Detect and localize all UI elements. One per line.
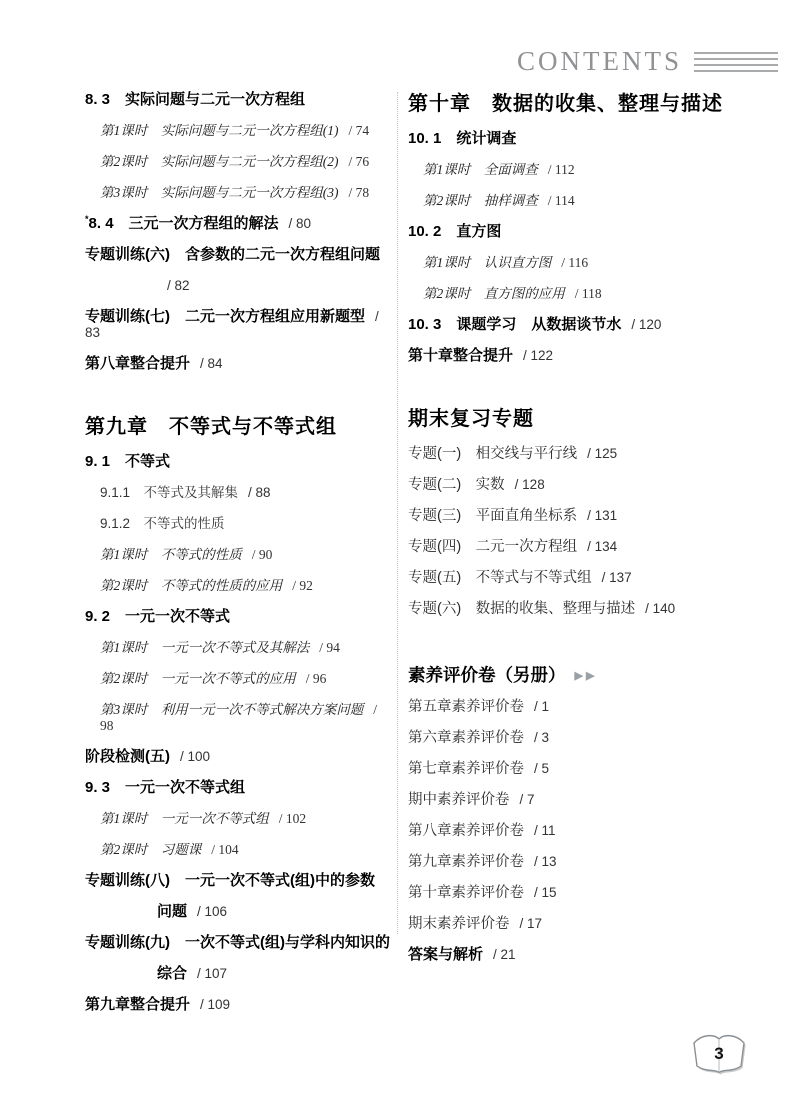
entry-page-number: / 96 bbox=[306, 671, 327, 686]
toc-entry: 专题(六) 数据的收集、整理与描述/ 140 bbox=[408, 601, 760, 617]
entry-text: 第2课时 直方图的应用 bbox=[423, 286, 565, 301]
toc-entry: 第2课时 习题课/ 104 bbox=[85, 842, 390, 858]
entry-page-number: / 15 bbox=[534, 885, 557, 900]
entry-page-number: / 134 bbox=[587, 539, 617, 554]
entry-page-number: / 80 bbox=[289, 216, 312, 231]
toc-entry: 专题(一) 相交线与平行线/ 125 bbox=[408, 446, 760, 462]
entry-page-number: / 1 bbox=[534, 699, 549, 714]
toc-entry: 10. 1 统计调查 bbox=[408, 131, 760, 147]
entry-page-number: / 7 bbox=[520, 792, 535, 807]
toc-entry: 9. 2 一元一次不等式 bbox=[85, 609, 390, 625]
entry-page-number: / 3 bbox=[534, 730, 549, 745]
entry-page-number: / 17 bbox=[520, 916, 543, 931]
entry-text: 第九章 不等式与不等式组 bbox=[85, 416, 337, 438]
entry-text: 专题训练(七) 二元一次方程组应用新题型 bbox=[85, 308, 365, 325]
toc-entry: 10. 2 直方图 bbox=[408, 224, 760, 240]
page-number: 3 bbox=[714, 1044, 723, 1063]
toc-entry: 第2课时 抽样调查/ 114 bbox=[408, 193, 760, 209]
toc-column-left: 8. 3 实际问题与二元一次方程组第1课时 实际问题与二元一次方程组(1)/ 7… bbox=[85, 92, 390, 1013]
toc-chapter-heading: 第十章 数据的收集、整理与描述 bbox=[408, 92, 760, 116]
entry-text: 9. 1 不等式 bbox=[85, 453, 170, 470]
entry-page-number: / 125 bbox=[587, 446, 617, 461]
entry-text: 10. 2 直方图 bbox=[408, 223, 501, 240]
entry-page-number: / 120 bbox=[631, 317, 661, 332]
toc-entry: 期中素养评价卷/ 7 bbox=[408, 792, 760, 808]
entry-page-number: / 118 bbox=[575, 286, 602, 301]
entry-text: 8. 3 实际问题与二元一次方程组 bbox=[85, 91, 305, 108]
toc-entry: 第1课时 一元一次不等式及其解法/ 94 bbox=[85, 640, 390, 656]
toc-entry: 第七章素养评价卷/ 5 bbox=[408, 761, 760, 777]
toc-chapter-heading: 期末复习专题 bbox=[408, 407, 760, 431]
entry-text: 10. 3 课题学习 从数据谈节水 bbox=[408, 316, 621, 333]
entry-page-number: / 76 bbox=[349, 154, 370, 169]
entry-page-number: / 131 bbox=[587, 508, 617, 523]
toc-entry: 第1课时 一元一次不等式组/ 102 bbox=[85, 811, 390, 827]
toc-entry: 阶段检测(五)/ 100 bbox=[85, 749, 390, 765]
entry-text: 专题(五) 不等式与不等式组 bbox=[408, 570, 592, 586]
entry-page-number: / 94 bbox=[319, 640, 340, 655]
entry-text: 第1课时 一元一次不等式组 bbox=[100, 811, 269, 826]
entry-text: 阶段检测(五) bbox=[85, 748, 170, 765]
entry-page-number: / 90 bbox=[252, 547, 273, 562]
entry-page-number: / 78 bbox=[349, 185, 370, 200]
toc-entry: 答案与解析/ 21 bbox=[408, 947, 760, 963]
toc-entry: / 82 bbox=[85, 278, 390, 294]
toc-page: CONTENTS 8. 3 实际问题与二元一次方程组第1课时 实际问题与二元一次… bbox=[0, 0, 790, 1101]
entry-page-number: / 116 bbox=[561, 255, 588, 270]
entry-text: 第2课时 不等式的性质的应用 bbox=[100, 578, 282, 593]
toc-entry: 8. 3 实际问题与二元一次方程组 bbox=[85, 92, 390, 108]
entry-text: 第六章素养评价卷 bbox=[408, 730, 524, 746]
toc-entry: 专题(三) 平面直角坐标系/ 131 bbox=[408, 508, 760, 524]
toc-entry: 专题训练(六) 含参数的二元一次方程组问题 bbox=[85, 247, 390, 263]
entry-text: 第3课时 实际问题与二元一次方程组(3) bbox=[100, 185, 339, 200]
toc-entry: 9.1.2 不等式的性质 bbox=[85, 516, 390, 532]
toc-entry: *8. 4 三元一次方程组的解法/ 80 bbox=[85, 216, 390, 232]
entry-text: 第十章整合提升 bbox=[408, 347, 513, 364]
toc-columns: 8. 3 实际问题与二元一次方程组第1课时 实际问题与二元一次方程组(1)/ 7… bbox=[85, 92, 760, 1013]
entry-text: 素养评价卷（另册） bbox=[408, 665, 566, 685]
entry-text: 专题训练(六) 含参数的二元一次方程组问题 bbox=[85, 246, 380, 263]
horizontal-lines-icon bbox=[694, 50, 778, 74]
toc-entry: 9. 3 一元一次不等式组 bbox=[85, 780, 390, 796]
entry-text: 问题 bbox=[157, 903, 187, 920]
toc-entry: 专题训练(七) 二元一次方程组应用新题型/ 83 bbox=[85, 309, 390, 341]
toc-entry: 第1课时 实际问题与二元一次方程组(1)/ 74 bbox=[85, 123, 390, 139]
entry-page-number: / 122 bbox=[523, 348, 553, 363]
toc-entry: 第九章整合提升/ 109 bbox=[85, 997, 390, 1013]
toc-entry: 第六章素养评价卷/ 3 bbox=[408, 730, 760, 746]
toc-section-heading: 素养评价卷（另册）▶▶ bbox=[408, 667, 760, 684]
entry-text: 第2课时 一元一次不等式的应用 bbox=[100, 671, 296, 686]
toc-entry: 第十章整合提升/ 122 bbox=[408, 348, 760, 364]
entry-text: 期末素养评价卷 bbox=[408, 916, 510, 932]
entry-page-number: / 128 bbox=[515, 477, 545, 492]
toc-entry: 第3课时 实际问题与二元一次方程组(3)/ 78 bbox=[85, 185, 390, 201]
entry-text: 第九章素养评价卷 bbox=[408, 854, 524, 870]
page-footer: 3 bbox=[688, 1028, 750, 1078]
toc-entry: 第八章素养评价卷/ 11 bbox=[408, 823, 760, 839]
entry-page-number: / 13 bbox=[534, 854, 557, 869]
entry-text: 第2课时 实际问题与二元一次方程组(2) bbox=[100, 154, 339, 169]
entry-page-number: / 88 bbox=[248, 485, 271, 500]
toc-entry: 第2课时 不等式的性质的应用/ 92 bbox=[85, 578, 390, 594]
entry-page-number: / 92 bbox=[292, 578, 313, 593]
entry-page-number: / 82 bbox=[167, 278, 190, 293]
entry-text: 答案与解析 bbox=[408, 946, 483, 963]
entry-text: 专题训练(八) 一元一次不等式(组)中的参数 bbox=[85, 872, 375, 889]
entry-text: 9. 2 一元一次不等式 bbox=[85, 608, 230, 625]
entry-page-number: / 21 bbox=[493, 947, 516, 962]
toc-entry: 专题(五) 不等式与不等式组/ 137 bbox=[408, 570, 760, 586]
toc-entry: 第2课时 一元一次不等式的应用/ 96 bbox=[85, 671, 390, 687]
toc-entry: 第五章素养评价卷/ 1 bbox=[408, 699, 760, 715]
toc-column-right: 第十章 数据的收集、整理与描述10. 1 统计调查第1课时 全面调查/ 112第… bbox=[408, 92, 760, 963]
entry-text: 9. 3 一元一次不等式组 bbox=[85, 779, 245, 796]
toc-entry: 第2课时 直方图的应用/ 118 bbox=[408, 286, 760, 302]
entry-page-number: / 84 bbox=[200, 356, 223, 371]
entry-text: 第五章素养评价卷 bbox=[408, 699, 524, 715]
entry-page-number: / 112 bbox=[548, 162, 575, 177]
entry-text: 第八章整合提升 bbox=[85, 355, 190, 372]
toc-entry: 专题训练(九) 一次不等式(组)与学科内知识的 bbox=[85, 935, 390, 951]
toc-entry: 第3课时 利用一元一次不等式解决方案问题/ 98 bbox=[85, 702, 390, 734]
entry-page-number: / 104 bbox=[211, 842, 238, 857]
entry-text: 第1课时 一元一次不等式及其解法 bbox=[100, 640, 309, 655]
toc-entry: 专题训练(八) 一元一次不等式(组)中的参数 bbox=[85, 873, 390, 889]
entry-page-number: / 140 bbox=[645, 601, 675, 616]
entry-text: 专题(四) 二元一次方程组 bbox=[408, 539, 577, 555]
toc-entry: 第八章整合提升/ 84 bbox=[85, 356, 390, 372]
toc-entry: 10. 3 课题学习 从数据谈节水/ 120 bbox=[408, 317, 760, 333]
entry-text: 第1课时 实际问题与二元一次方程组(1) bbox=[100, 123, 339, 138]
toc-entry: 9. 1 不等式 bbox=[85, 454, 390, 470]
double-right-arrows-icon: ▶▶ bbox=[575, 670, 598, 682]
entry-text: 第九章整合提升 bbox=[85, 996, 190, 1013]
toc-entry: 9.1.1 不等式及其解集/ 88 bbox=[85, 485, 390, 501]
entry-page-number: / 107 bbox=[197, 966, 227, 981]
entry-text: 第2课时 抽样调查 bbox=[423, 193, 538, 208]
entry-text: 第十章 数据的收集、整理与描述 bbox=[408, 93, 723, 115]
entry-text: 专题(二) 实数 bbox=[408, 477, 505, 493]
entry-text: 第2课时 习题课 bbox=[100, 842, 201, 857]
toc-entry: 问题/ 106 bbox=[85, 904, 390, 920]
toc-entry: 综合/ 107 bbox=[85, 966, 390, 982]
entry-text: 专题(三) 平面直角坐标系 bbox=[408, 508, 577, 524]
entry-page-number: / 114 bbox=[548, 193, 575, 208]
entry-text: 期末复习专题 bbox=[408, 408, 534, 430]
entry-page-number: / 102 bbox=[279, 811, 306, 826]
toc-entry: 第2课时 实际问题与二元一次方程组(2)/ 76 bbox=[85, 154, 390, 170]
toc-entry: 第九章素养评价卷/ 13 bbox=[408, 854, 760, 870]
toc-entry: 第1课时 全面调查/ 112 bbox=[408, 162, 760, 178]
entry-text: 第1课时 认识直方图 bbox=[423, 255, 551, 270]
toc-entry: 第1课时 不等式的性质/ 90 bbox=[85, 547, 390, 563]
contents-title: CONTENTS bbox=[517, 48, 682, 75]
entry-page-number: / 74 bbox=[349, 123, 370, 138]
entry-text: 第1课时 不等式的性质 bbox=[100, 547, 242, 562]
open-book-icon: 3 bbox=[688, 1028, 750, 1078]
entry-text: *8. 4 三元一次方程组的解法 bbox=[85, 215, 279, 232]
entry-text: 9.1.1 不等式及其解集 bbox=[100, 485, 238, 500]
toc-entry: 第十章素养评价卷/ 15 bbox=[408, 885, 760, 901]
entry-text: 第八章素养评价卷 bbox=[408, 823, 524, 839]
entry-text: 第3课时 利用一元一次不等式解决方案问题 bbox=[100, 702, 363, 717]
entry-text: 专题训练(九) 一次不等式(组)与学科内知识的 bbox=[85, 934, 390, 951]
toc-entry: 专题(四) 二元一次方程组/ 134 bbox=[408, 539, 760, 555]
entry-text: 9.1.2 不等式的性质 bbox=[100, 516, 225, 531]
entry-page-number: / 106 bbox=[197, 904, 227, 919]
toc-chapter-heading: 第九章 不等式与不等式组 bbox=[85, 415, 390, 439]
page-header: CONTENTS bbox=[0, 48, 778, 75]
entry-page-number: / 109 bbox=[200, 997, 230, 1012]
entry-text: 期中素养评价卷 bbox=[408, 792, 510, 808]
entry-page-number: / 11 bbox=[534, 823, 556, 838]
entry-page-number: / 137 bbox=[602, 570, 632, 585]
entry-text: 第七章素养评价卷 bbox=[408, 761, 524, 777]
entry-page-number: / 100 bbox=[180, 749, 210, 764]
entry-text: 10. 1 统计调查 bbox=[408, 130, 516, 147]
entry-text: 第1课时 全面调查 bbox=[423, 162, 538, 177]
toc-entry: 期末素养评价卷/ 17 bbox=[408, 916, 760, 932]
entry-text: 专题(六) 数据的收集、整理与描述 bbox=[408, 601, 635, 617]
toc-entry: 第1课时 认识直方图/ 116 bbox=[408, 255, 760, 271]
entry-text: 专题(一) 相交线与平行线 bbox=[408, 446, 577, 462]
entry-page-number: / 5 bbox=[534, 761, 549, 776]
entry-text: 第十章素养评价卷 bbox=[408, 885, 524, 901]
entry-text: 综合 bbox=[157, 965, 187, 982]
toc-entry: 专题(二) 实数/ 128 bbox=[408, 477, 760, 493]
